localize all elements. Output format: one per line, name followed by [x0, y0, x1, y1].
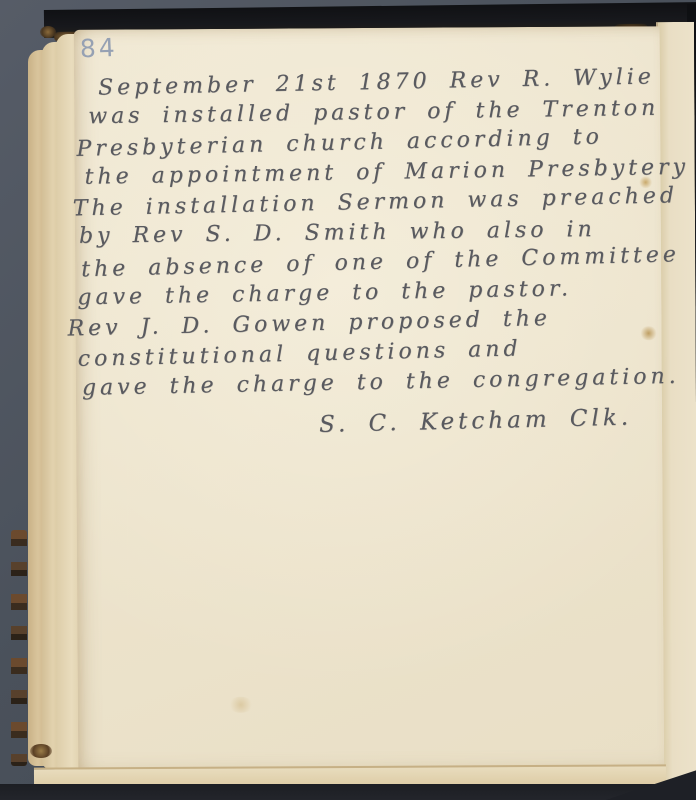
- manuscript-page: 84 September 21st 1870 Rev R. Wylie was …: [74, 26, 665, 774]
- page-stain: [228, 697, 254, 713]
- binding-wear-spot: [40, 26, 56, 38]
- binding-wear: [11, 530, 27, 766]
- clerk-signature: S. C. Ketcham Clk.: [76, 402, 633, 447]
- page-number: 84: [79, 33, 118, 64]
- book-cover-bottom-edge: [0, 784, 696, 800]
- book-photograph: 84 September 21st 1870 Rev R. Wylie was …: [0, 0, 696, 800]
- binding-wear-spot: [30, 744, 52, 758]
- handwritten-entry: September 21st 1870 Rev R. Wylie was ins…: [74, 66, 662, 442]
